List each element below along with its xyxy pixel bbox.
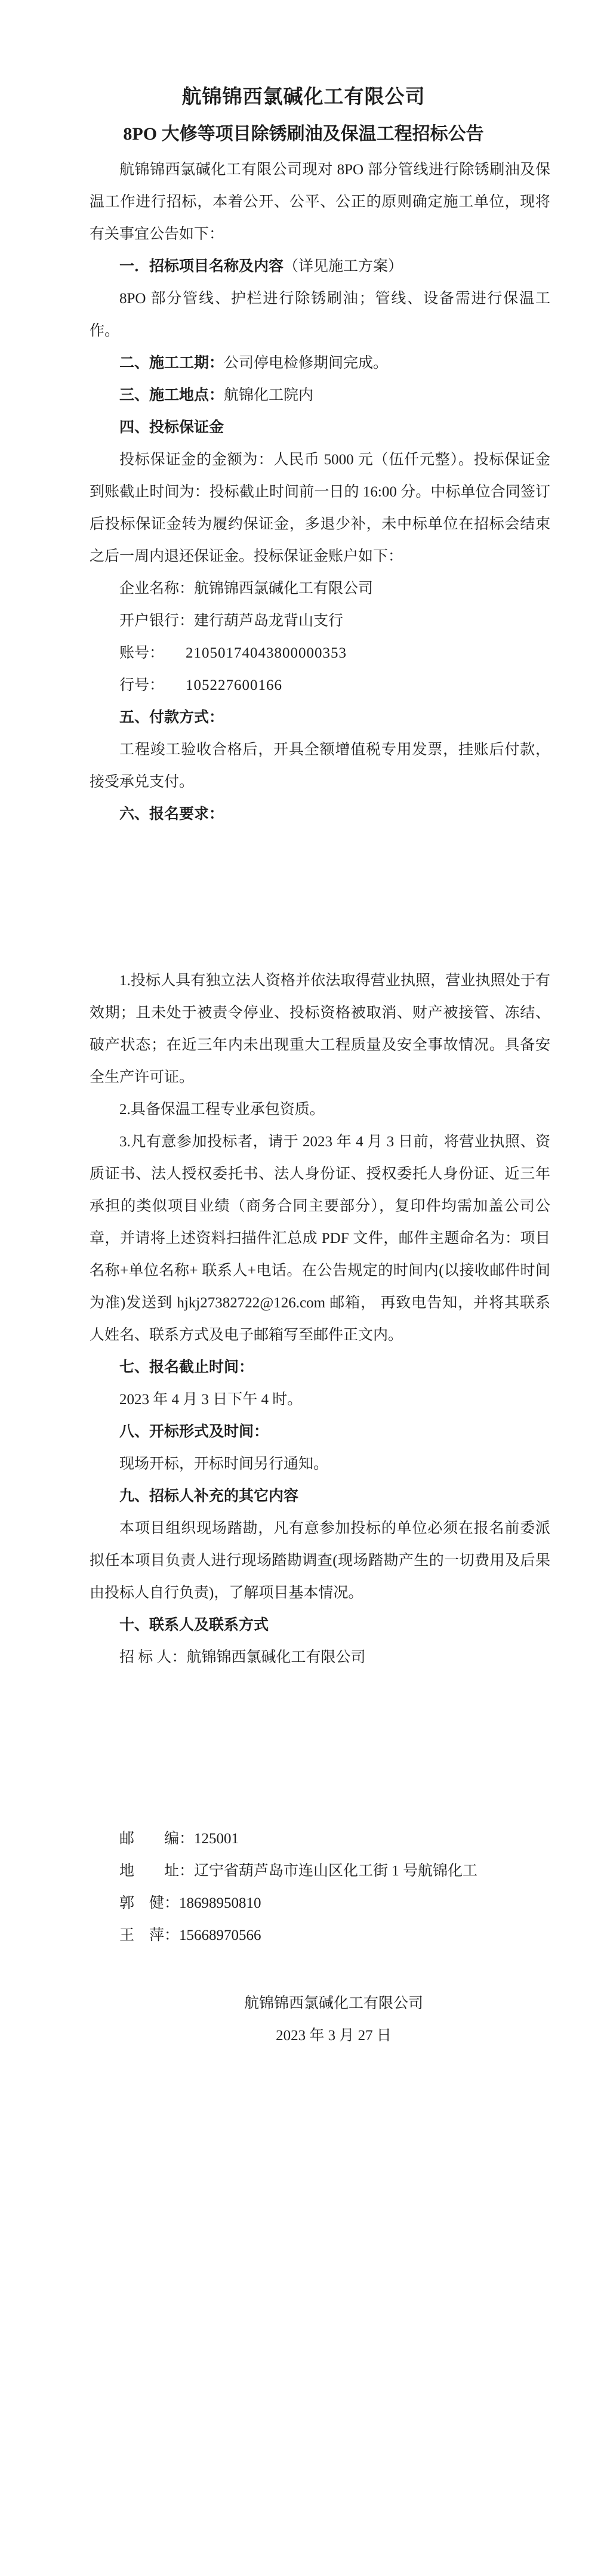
deposit-bank: 开户银行：建行葫芦岛龙背山支行 — [90, 605, 550, 637]
section-5-heading: 五、付款方式： — [90, 702, 550, 734]
section-7-label: 七、报名截止时间： — [119, 1359, 254, 1375]
account-number-label: 账号： — [119, 645, 164, 661]
section-3-label: 三、施工地点： — [119, 387, 224, 403]
section-1-body: 8PO 部分管线、护栏进行除锈刷油；管线、设备需进行保温工作。 — [90, 283, 550, 347]
deposit-bank-number-line: 行号：105227600166 — [90, 670, 550, 702]
bid-opening-info: 现场开标，开标时间另行通知。 — [90, 1448, 550, 1480]
contact-person-1: 郭 健：18698950810 — [90, 1887, 550, 1920]
deposit-account-number-line: 账号：21050174043800000353 — [90, 637, 550, 670]
signature-block: 航锦锦西氯碱化工有限公司 2023 年 3 月 27 日 — [103, 1988, 564, 2052]
section-2-heading: 二、施工工期：公司停电检修期间完成。 — [90, 347, 550, 380]
section-10-label: 十、联系人及联系方式 — [119, 1617, 269, 1633]
section-6-label: 六、报名要求： — [119, 806, 224, 822]
tenderer-line: 招 标 人：航锦锦西氯碱化工有限公司 — [90, 1642, 550, 1674]
signature-date: 2023 年 3 月 27 日 — [103, 2020, 564, 2052]
section-5-label: 五、付款方式： — [119, 709, 224, 726]
section-1-heading: 一．招标项目名称及内容（详见施工方案） — [90, 251, 550, 283]
registration-deadline: 2023 年 4 月 3 日下午 4 时。 — [90, 1384, 550, 1416]
intro-paragraph: 航锦锦西氯碱化工有限公司现对 8PO 部分管线进行除锈刷油及保温工作进行招标，本… — [90, 154, 550, 251]
section-3-heading: 三、施工地点：航锦化工院内 — [90, 380, 550, 412]
company-title: 航锦锦西氯碱化工有限公司 — [0, 79, 607, 116]
postal-code-line: 邮 编：125001 — [90, 1823, 550, 1855]
section-4-heading: 四、投标保证金 — [90, 412, 550, 444]
section-7-heading: 七、报名截止时间： — [90, 1352, 550, 1384]
announcement-title: 8PO 大修等项目除锈刷油及保温工程招标公告 — [0, 116, 607, 153]
bank-number-label: 行号： — [119, 677, 164, 693]
tender-announcement-document: 航锦锦西氯碱化工有限公司 8PO 大修等项目除锈刷油及保温工程招标公告 航锦锦西… — [0, 0, 607, 2052]
section-2-text: 公司停电检修期间完成。 — [224, 355, 388, 371]
signature-company: 航锦锦西氯碱化工有限公司 — [103, 1988, 564, 2020]
section-2-label: 二、施工工期： — [119, 355, 224, 371]
section-3-text: 航锦化工院内 — [224, 387, 313, 403]
payment-paragraph: 工程竣工验收合格后，开具全额增值税专用发票，挂账后付款，接受承兑支付。 — [90, 734, 550, 798]
section-8-heading: 八、开标形式及时间： — [90, 1416, 550, 1448]
section-10-heading: 十、联系人及联系方式 — [90, 1609, 550, 1642]
requirement-2: 2.具备保温工程专业承包资质。 — [90, 1094, 550, 1126]
document-body: 航锦锦西氯碱化工有限公司现对 8PO 部分管线进行除锈刷油及保温工作进行招标，本… — [90, 154, 550, 2052]
section-8-label: 八、开标形式及时间： — [119, 1424, 269, 1440]
account-number-value: 21050174043800000353 — [186, 645, 347, 661]
bank-number-value: 105227600166 — [186, 677, 282, 693]
deposit-account-name: 企业名称：航锦锦西氯碱化工有限公司 — [90, 573, 550, 605]
section-1-note: （详见施工方案） — [284, 258, 403, 274]
site-survey-paragraph: 本项目组织现场踏勘，凡有意参加投标的单位必须在报名前委派拟任本项目负责人进行现场… — [90, 1513, 550, 1609]
section-9-label: 九、招标人补充的其它内容 — [119, 1488, 298, 1504]
requirement-3: 3.凡有意参加投标者，请于 2023 年 4 月 3 日前，将营业执照、资质证书… — [90, 1126, 550, 1352]
address-line: 地 址：辽宁省葫芦岛市连山区化工街 1 号航锦化工 — [90, 1855, 550, 1887]
section-4-label: 四、投标保证金 — [119, 419, 224, 436]
deposit-paragraph: 投标保证金的金额为：人民币 5000 元（伍仟元整）。投标保证金到账截止时间为：… — [90, 444, 550, 573]
section-6-heading: 六、报名要求： — [90, 798, 550, 831]
contact-person-2: 王 萍：15668970566 — [90, 1920, 550, 1952]
section-1-label: 一．招标项目名称及内容 — [119, 258, 284, 274]
requirement-1: 1.投标人具有独立法人资格并依法取得营业执照，营业执照处于有效期；且未处于被责令… — [90, 965, 550, 1094]
section-9-heading: 九、招标人补充的其它内容 — [90, 1480, 550, 1513]
